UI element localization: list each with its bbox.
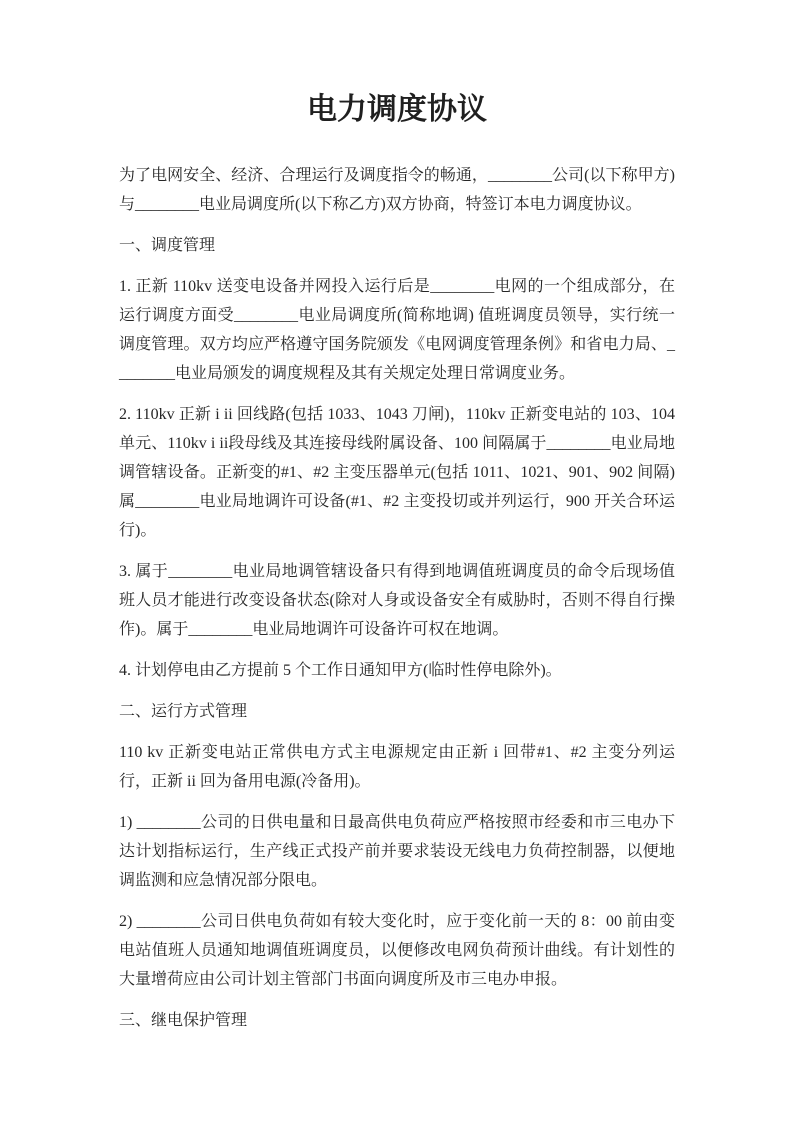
section-1-clause-1: 1. 正新 110kv 送变电设备并网投入运行后是________电网的一个组成… bbox=[119, 272, 675, 388]
section-2-clause-2: 2) ________公司日供电负荷如有较大变化时，应于变化前一天的 8：00 … bbox=[119, 907, 675, 994]
section-2-heading: 二、运行方式管理 bbox=[119, 697, 675, 726]
section-3-heading: 三、继电保护管理 bbox=[119, 1006, 675, 1035]
section-1-clause-4: 4. 计划停电由乙方提前 5 个工作日通知甲方(临时性停电除外)。 bbox=[119, 656, 675, 685]
section-1-clause-3: 3. 属于________电业局地调管辖设备只有得到地调值班调度员的命令后现场值… bbox=[119, 557, 675, 644]
section-2-clause-1: 1) ________公司的日供电量和日最高供电负荷应严格按照市经委和市三电办下… bbox=[119, 808, 675, 895]
section-2-intro-paragraph: 110 kv 正新变电站正常供电方式主电源规定由正新 i 回带#1、#2 主变分… bbox=[119, 738, 675, 796]
document-page: 电力调度协议 为了电网安全、经济、合理运行及调度指令的畅通，________公司… bbox=[0, 0, 793, 1122]
intro-paragraph: 为了电网安全、经济、合理运行及调度指令的畅通，________公司(以下称甲方)… bbox=[119, 161, 675, 219]
section-1-heading: 一、调度管理 bbox=[119, 231, 675, 260]
section-1-clause-2: 2. 110kv 正新 i ii 回线路(包括 1033、1043 刀闸)，11… bbox=[119, 400, 675, 545]
document-title: 电力调度协议 bbox=[119, 89, 675, 131]
